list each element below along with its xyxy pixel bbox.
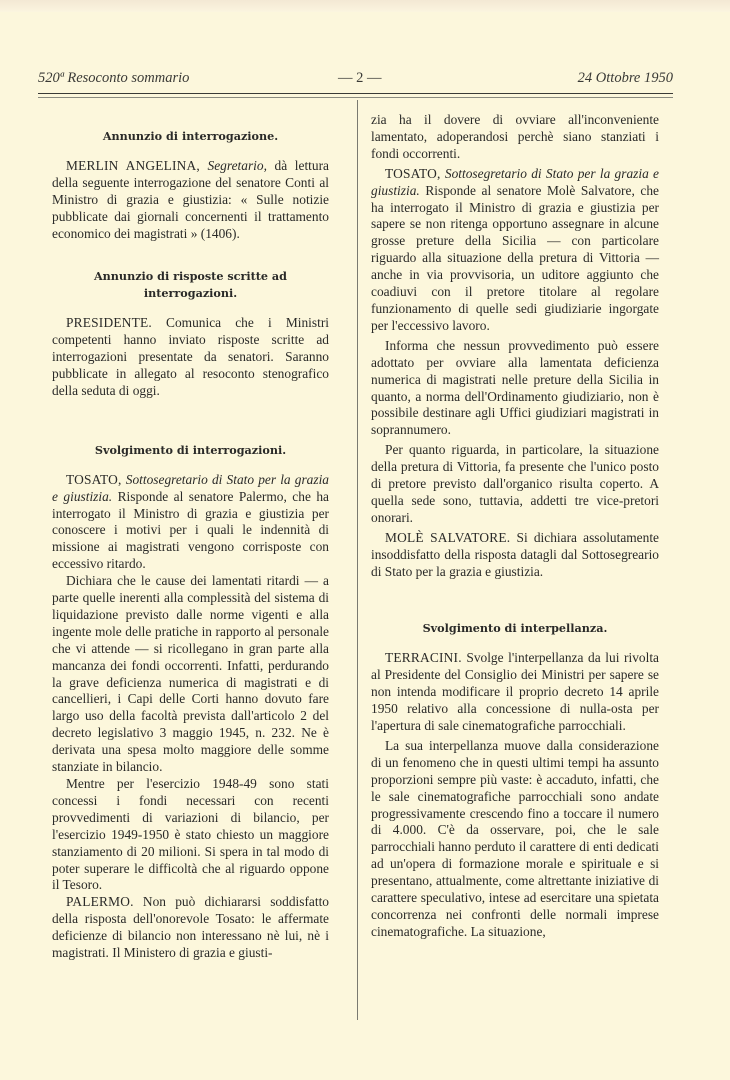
session-label: 520ª Resoconto sommario xyxy=(38,70,189,87)
speaker-name: TOSATO, xyxy=(66,472,122,487)
paragraph: MERLIN ANGELINA, Segretario, dà lettura … xyxy=(52,158,329,243)
paragraph: Dichiara che le cause dei lamentati rita… xyxy=(52,573,329,776)
speaker-name: PALERMO. xyxy=(66,894,134,909)
session-date: 24 Ottobre 1950 xyxy=(578,70,673,87)
page-header: 520ª Resoconto sommario — 2 — 24 Ottobre… xyxy=(38,70,673,90)
paragraph: TOSATO, Sottosegretario di Stato per la … xyxy=(52,472,329,573)
paragraph: MOLÈ SALVATORE. Si dichiara assolutament… xyxy=(371,530,659,581)
paragraph: Mentre per l'esercizio 1948-49 sono stat… xyxy=(52,776,329,894)
speaker-name: TOSATO, xyxy=(385,166,441,181)
speaker-name: MERLIN ANGELINA, xyxy=(66,158,200,173)
section-title-svolgimento-interpellanza: Svolgimento di interpellanza. xyxy=(371,620,659,637)
paragraph: PRESIDENTE. Comunica che i Ministri comp… xyxy=(52,315,329,400)
paragraph: TOSATO, Sottosegretario di Stato per la … xyxy=(371,166,659,335)
section-title-svolgimento-interrogazioni: Svolgimento di interrogazioni. xyxy=(52,442,329,459)
paragraph-text: Risponde al senatore Molè Salvatore, che… xyxy=(371,183,659,333)
paragraph: PALERMO. Non può dichiararsi soddisfatto… xyxy=(52,894,329,962)
paragraph: Informa che nessun provvedimento può ess… xyxy=(371,338,659,439)
left-column: Annunzio di interrogazione. MERLIN ANGEL… xyxy=(52,110,329,962)
right-column: zia ha il dovere di ovviare all'inconven… xyxy=(371,112,659,941)
paragraph: TERRACINI. Svolge l'interpellanza da lui… xyxy=(371,650,659,735)
speaker-role: Segretario, xyxy=(208,158,267,173)
column-divider xyxy=(357,100,358,1020)
paragraph-continued: zia ha il dovere di ovviare all'inconven… xyxy=(371,112,659,163)
section-title-risposte-scritte: Annunzio di risposte scritte ad interrog… xyxy=(52,268,329,302)
page-number: — 2 — xyxy=(338,70,382,87)
speaker-name: TERRACINI. xyxy=(385,650,462,665)
header-rule xyxy=(38,93,673,98)
paragraph: Per quanto riguarda, in particolare, la … xyxy=(371,442,659,527)
section-title-annunzio-interrogazione: Annunzio di interrogazione. xyxy=(52,128,329,145)
speaker-name: PRESIDENTE. xyxy=(66,315,152,330)
speaker-name: MOLÈ SALVATORE. xyxy=(385,530,510,545)
scan-edge xyxy=(0,0,730,12)
paragraph: La sua interpellanza muove dalla conside… xyxy=(371,738,659,941)
